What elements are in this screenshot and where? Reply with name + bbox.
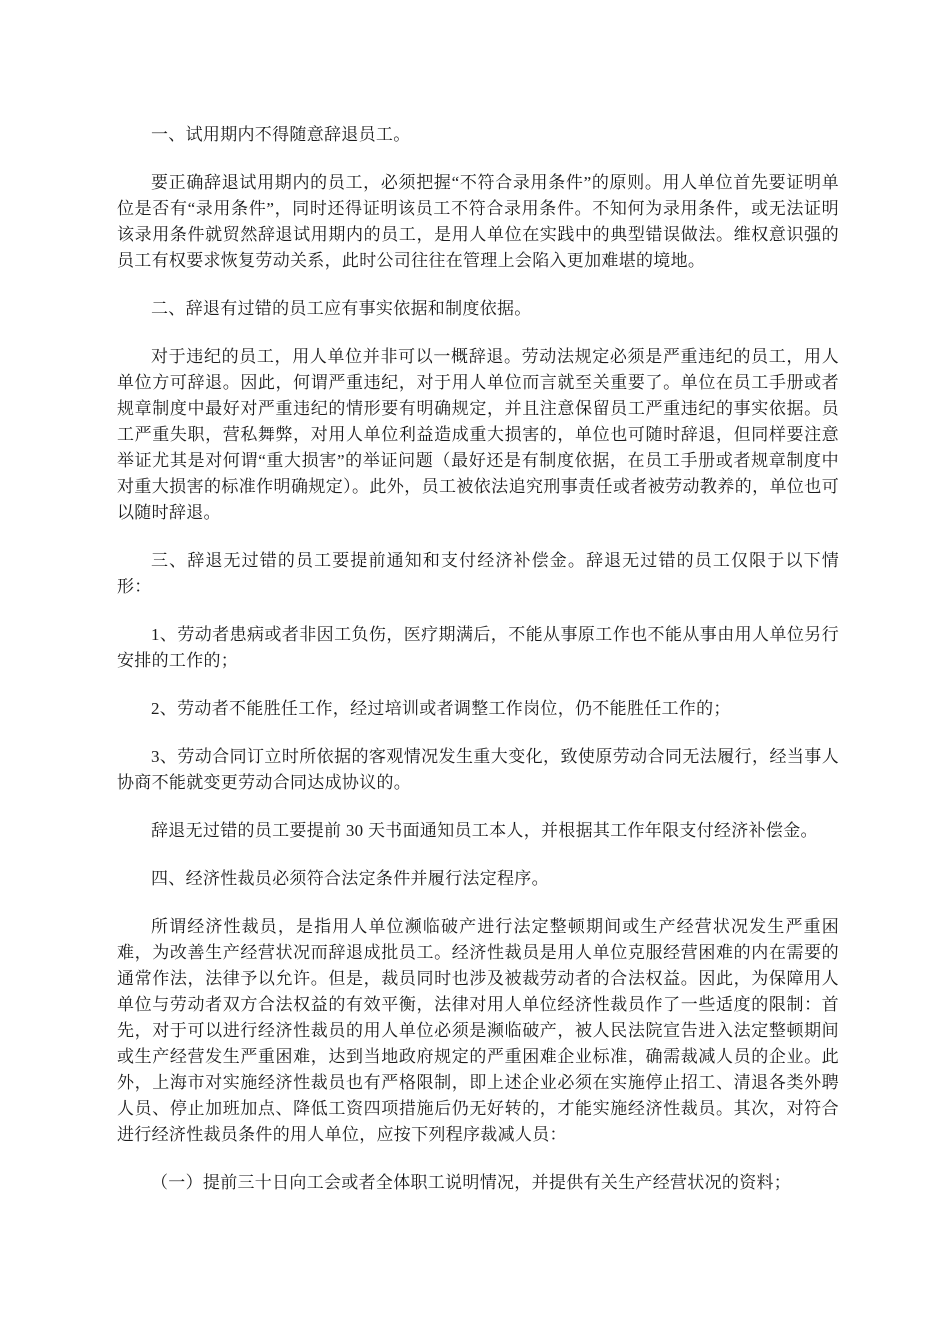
section-3-heading: 三、辞退无过错的员工要提前通知和支付经济补偿金。辞退无过错的员工仅限于以下情形： [117,548,839,600]
section-2-body: 对于违纪的员工，用人单位并非可以一概辞退。劳动法规定必须是严重违纪的员工，用人单… [117,344,839,526]
section-1-heading: 一、试用期内不得随意辞退员工。 [117,122,839,148]
section-3-item-1: 1、劳动者患病或者非因工负伤，医疗期满后，不能从事原工作也不能从事由用人单位另行… [117,622,839,674]
procedure-item-1: （一）提前三十日向工会或者全体职工说明情况，并提供有关生产经营状况的资料； [117,1170,839,1196]
section-3-item-3: 3、劳动合同订立时所依据的客观情况发生重大变化，致使原劳动合同无法履行，经当事人… [117,744,839,796]
section-4-body: 所谓经济性裁员，是指用人单位濒临破产进行法定整顿期间或生产经营状况发生严重困难，… [117,914,839,1148]
document-page: 一、试用期内不得随意辞退员工。 要正确辞退试用期内的员工，必须把握“不符合录用条… [0,0,950,1344]
document-content: 一、试用期内不得随意辞退员工。 要正确辞退试用期内的员工，必须把握“不符合录用条… [117,122,839,1218]
section-3-note: 辞退无过错的员工要提前 30 天书面通知员工本人，并根据其工作年限支付经济补偿金… [117,818,839,844]
section-3-item-2: 2、劳动者不能胜任工作，经过培训或者调整工作岗位，仍不能胜任工作的； [117,696,839,722]
section-2-heading: 二、辞退有过错的员工应有事实依据和制度依据。 [117,296,839,322]
section-1-body: 要正确辞退试用期内的员工，必须把握“不符合录用条件”的原则。用人单位首先要证明单… [117,170,839,274]
section-4-heading: 四、经济性裁员必须符合法定条件并履行法定程序。 [117,866,839,892]
